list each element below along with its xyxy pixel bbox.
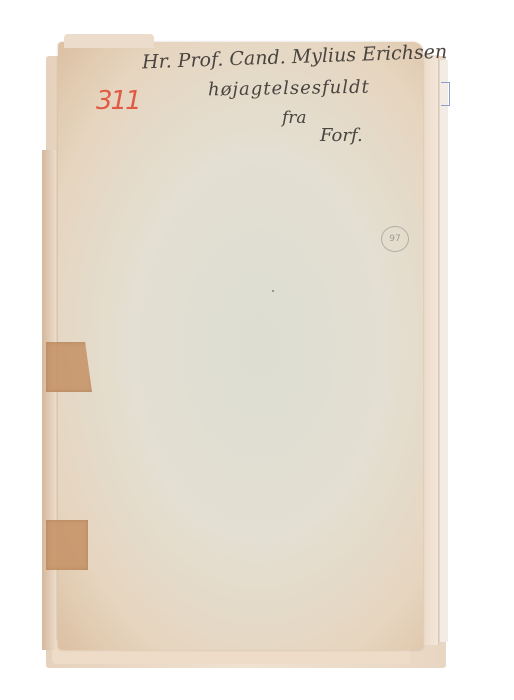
lower-tape-strip — [46, 520, 88, 570]
far-right-page-edge — [440, 60, 448, 642]
pamphlet-cover — [58, 42, 423, 650]
upper-tape-strip — [46, 342, 92, 392]
spine — [42, 150, 56, 650]
red-reference-number: 311 — [96, 86, 140, 116]
inscription-line-3: fra — [282, 108, 307, 128]
inscription-line-2: højagtelsesfuldt — [208, 77, 370, 101]
blue-bookmark-tab — [441, 82, 450, 106]
inscription-signature: Forf. — [320, 125, 363, 146]
circled-pencil-mark: 97 — [381, 226, 409, 252]
paper-speck — [272, 290, 274, 292]
